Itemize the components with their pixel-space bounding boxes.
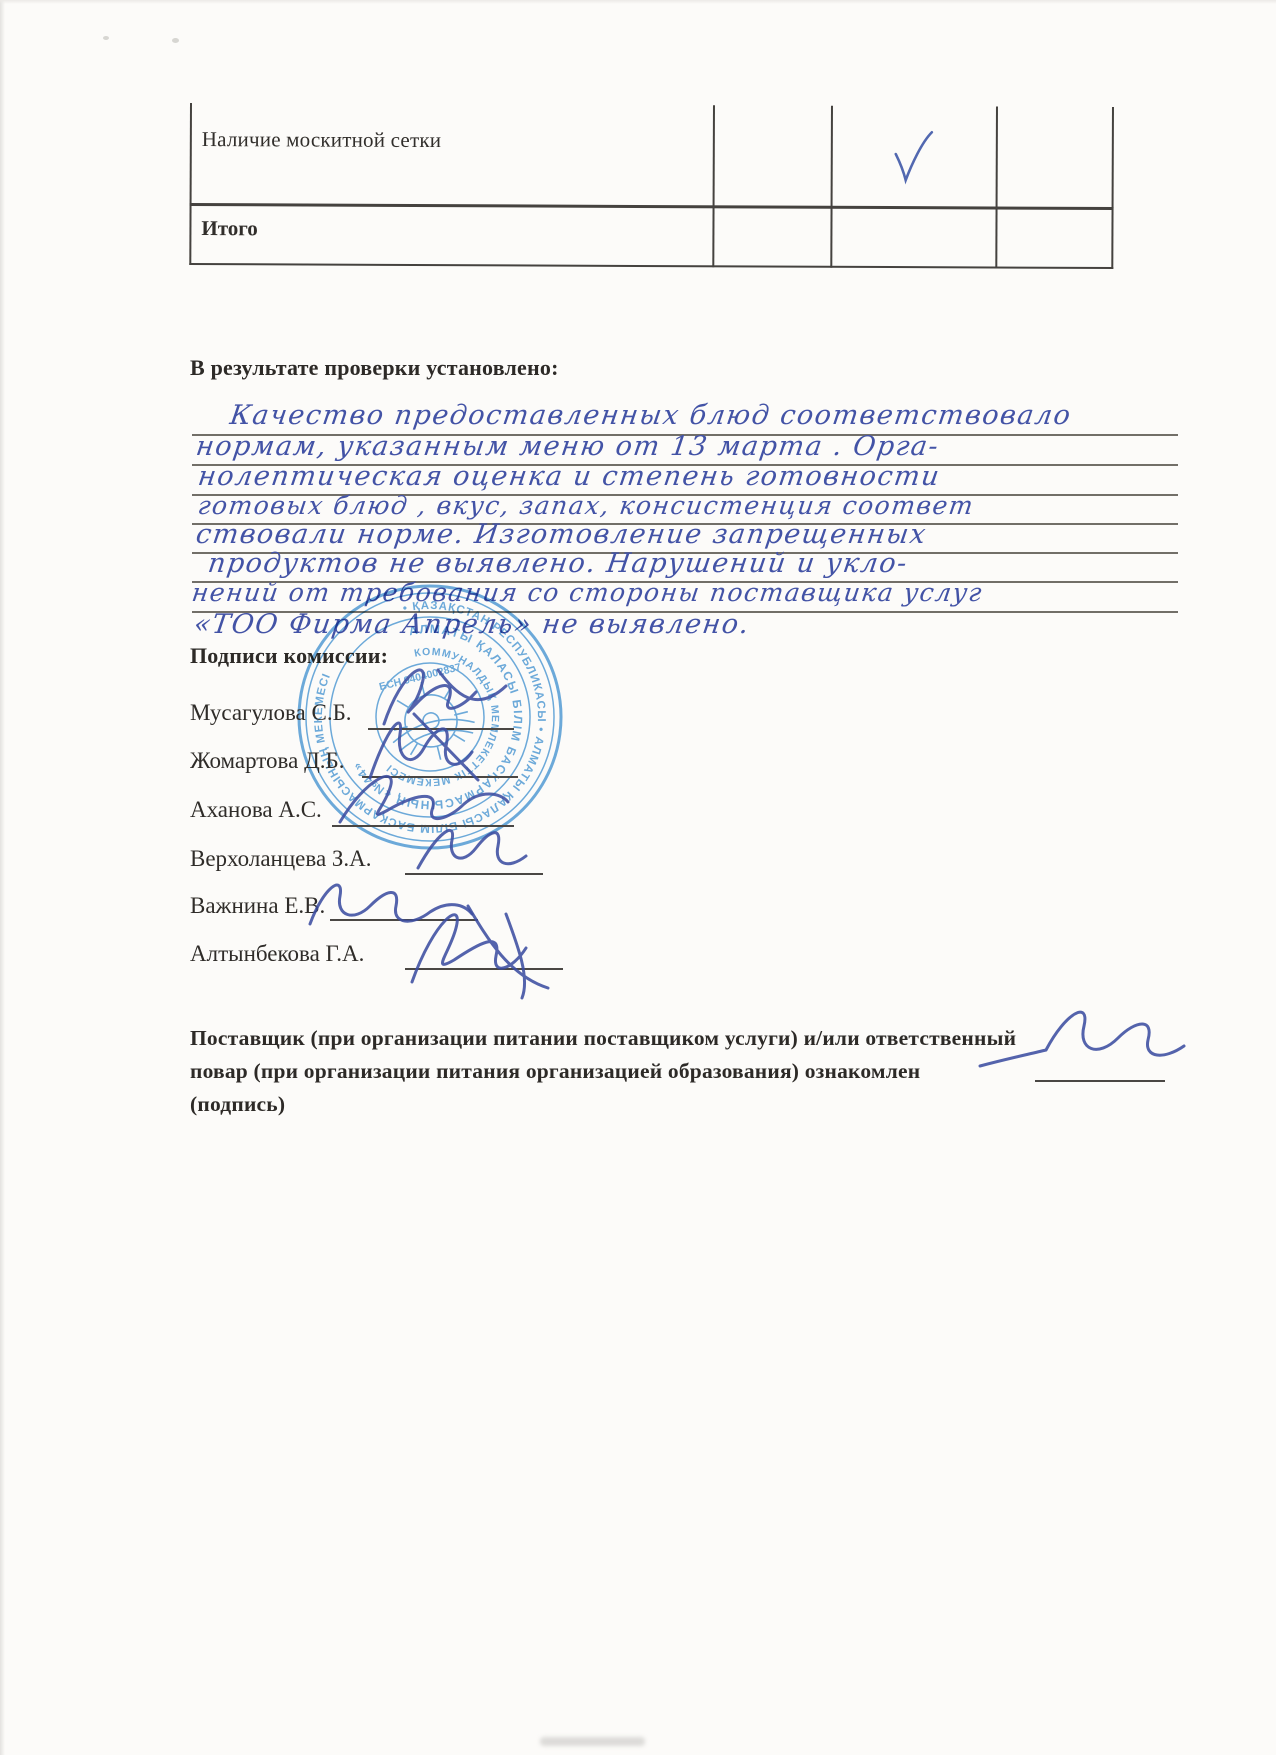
signature-line xyxy=(405,873,543,875)
signature-line xyxy=(332,825,514,827)
commission-member-name: Алтынбекова Г.А. xyxy=(190,941,364,967)
signature-vazhnina xyxy=(300,868,490,938)
footer-signature-line xyxy=(1035,1080,1165,1082)
scan-speck xyxy=(172,38,179,43)
table-border xyxy=(189,263,1113,269)
result-section-heading: В результате проверки установлено: xyxy=(190,355,559,381)
commission-member-name: Важнина Е.В. xyxy=(190,893,325,919)
commission-member-name: Верхоланцева З.А. xyxy=(190,846,372,872)
signature-line xyxy=(362,776,518,778)
table-border xyxy=(189,103,192,265)
table-border xyxy=(190,203,1114,210)
handwritten-line: ствовали норме. Изготовление запрещенных xyxy=(194,519,929,550)
table-border xyxy=(1111,107,1114,269)
table-row-label-total: Итого xyxy=(201,216,257,241)
scan-speck xyxy=(103,36,109,40)
footer-text-line1: Поставщик (при организации питании поста… xyxy=(190,1026,1016,1051)
scan-edge-shadow-left xyxy=(0,0,5,1755)
table-border xyxy=(995,107,998,269)
signature-line xyxy=(405,968,563,970)
footer-caption-podpis: (подпись) xyxy=(190,1092,285,1117)
handwritten-line: нормам, указанным меню от 13 марта . Орг… xyxy=(194,431,941,462)
handwritten-line: готовых блюд , вкус, запах, консистенция… xyxy=(196,491,976,520)
handwritten-line: нолептическая оценка и степень готовност… xyxy=(196,461,942,492)
signature-line xyxy=(368,728,514,730)
signature-line xyxy=(330,919,478,921)
table-border xyxy=(712,105,715,267)
inspection-table-fragment: Наличие москитной сетки Итого xyxy=(189,103,1114,269)
table-border xyxy=(830,106,833,268)
footer-text-line2: повар (при организации питания организац… xyxy=(190,1059,920,1084)
handwritten-checkmark-icon xyxy=(890,128,936,186)
commission-member-name: Мусагулова С.Б. xyxy=(190,700,352,726)
handwritten-line: Качество предоставленных блюд соответств… xyxy=(228,400,1074,431)
scan-smudge xyxy=(540,1737,645,1746)
signature-altynbekova xyxy=(398,890,583,1002)
scan-edge-shadow-top xyxy=(0,0,1276,4)
table-row-label: Наличие москитной сетки xyxy=(202,127,441,153)
handwritten-line: нений от требования со стороны поставщик… xyxy=(190,578,985,607)
commission-member-name: Аханова А.С. xyxy=(190,797,322,823)
handwritten-line: продуктов не выявлено. Нарушений и укло- xyxy=(206,548,910,579)
scanned-document-page: Наличие москитной сетки Итого В результа… xyxy=(0,0,1276,1755)
commission-member-name: Жомартова Д.Б. xyxy=(190,748,344,774)
